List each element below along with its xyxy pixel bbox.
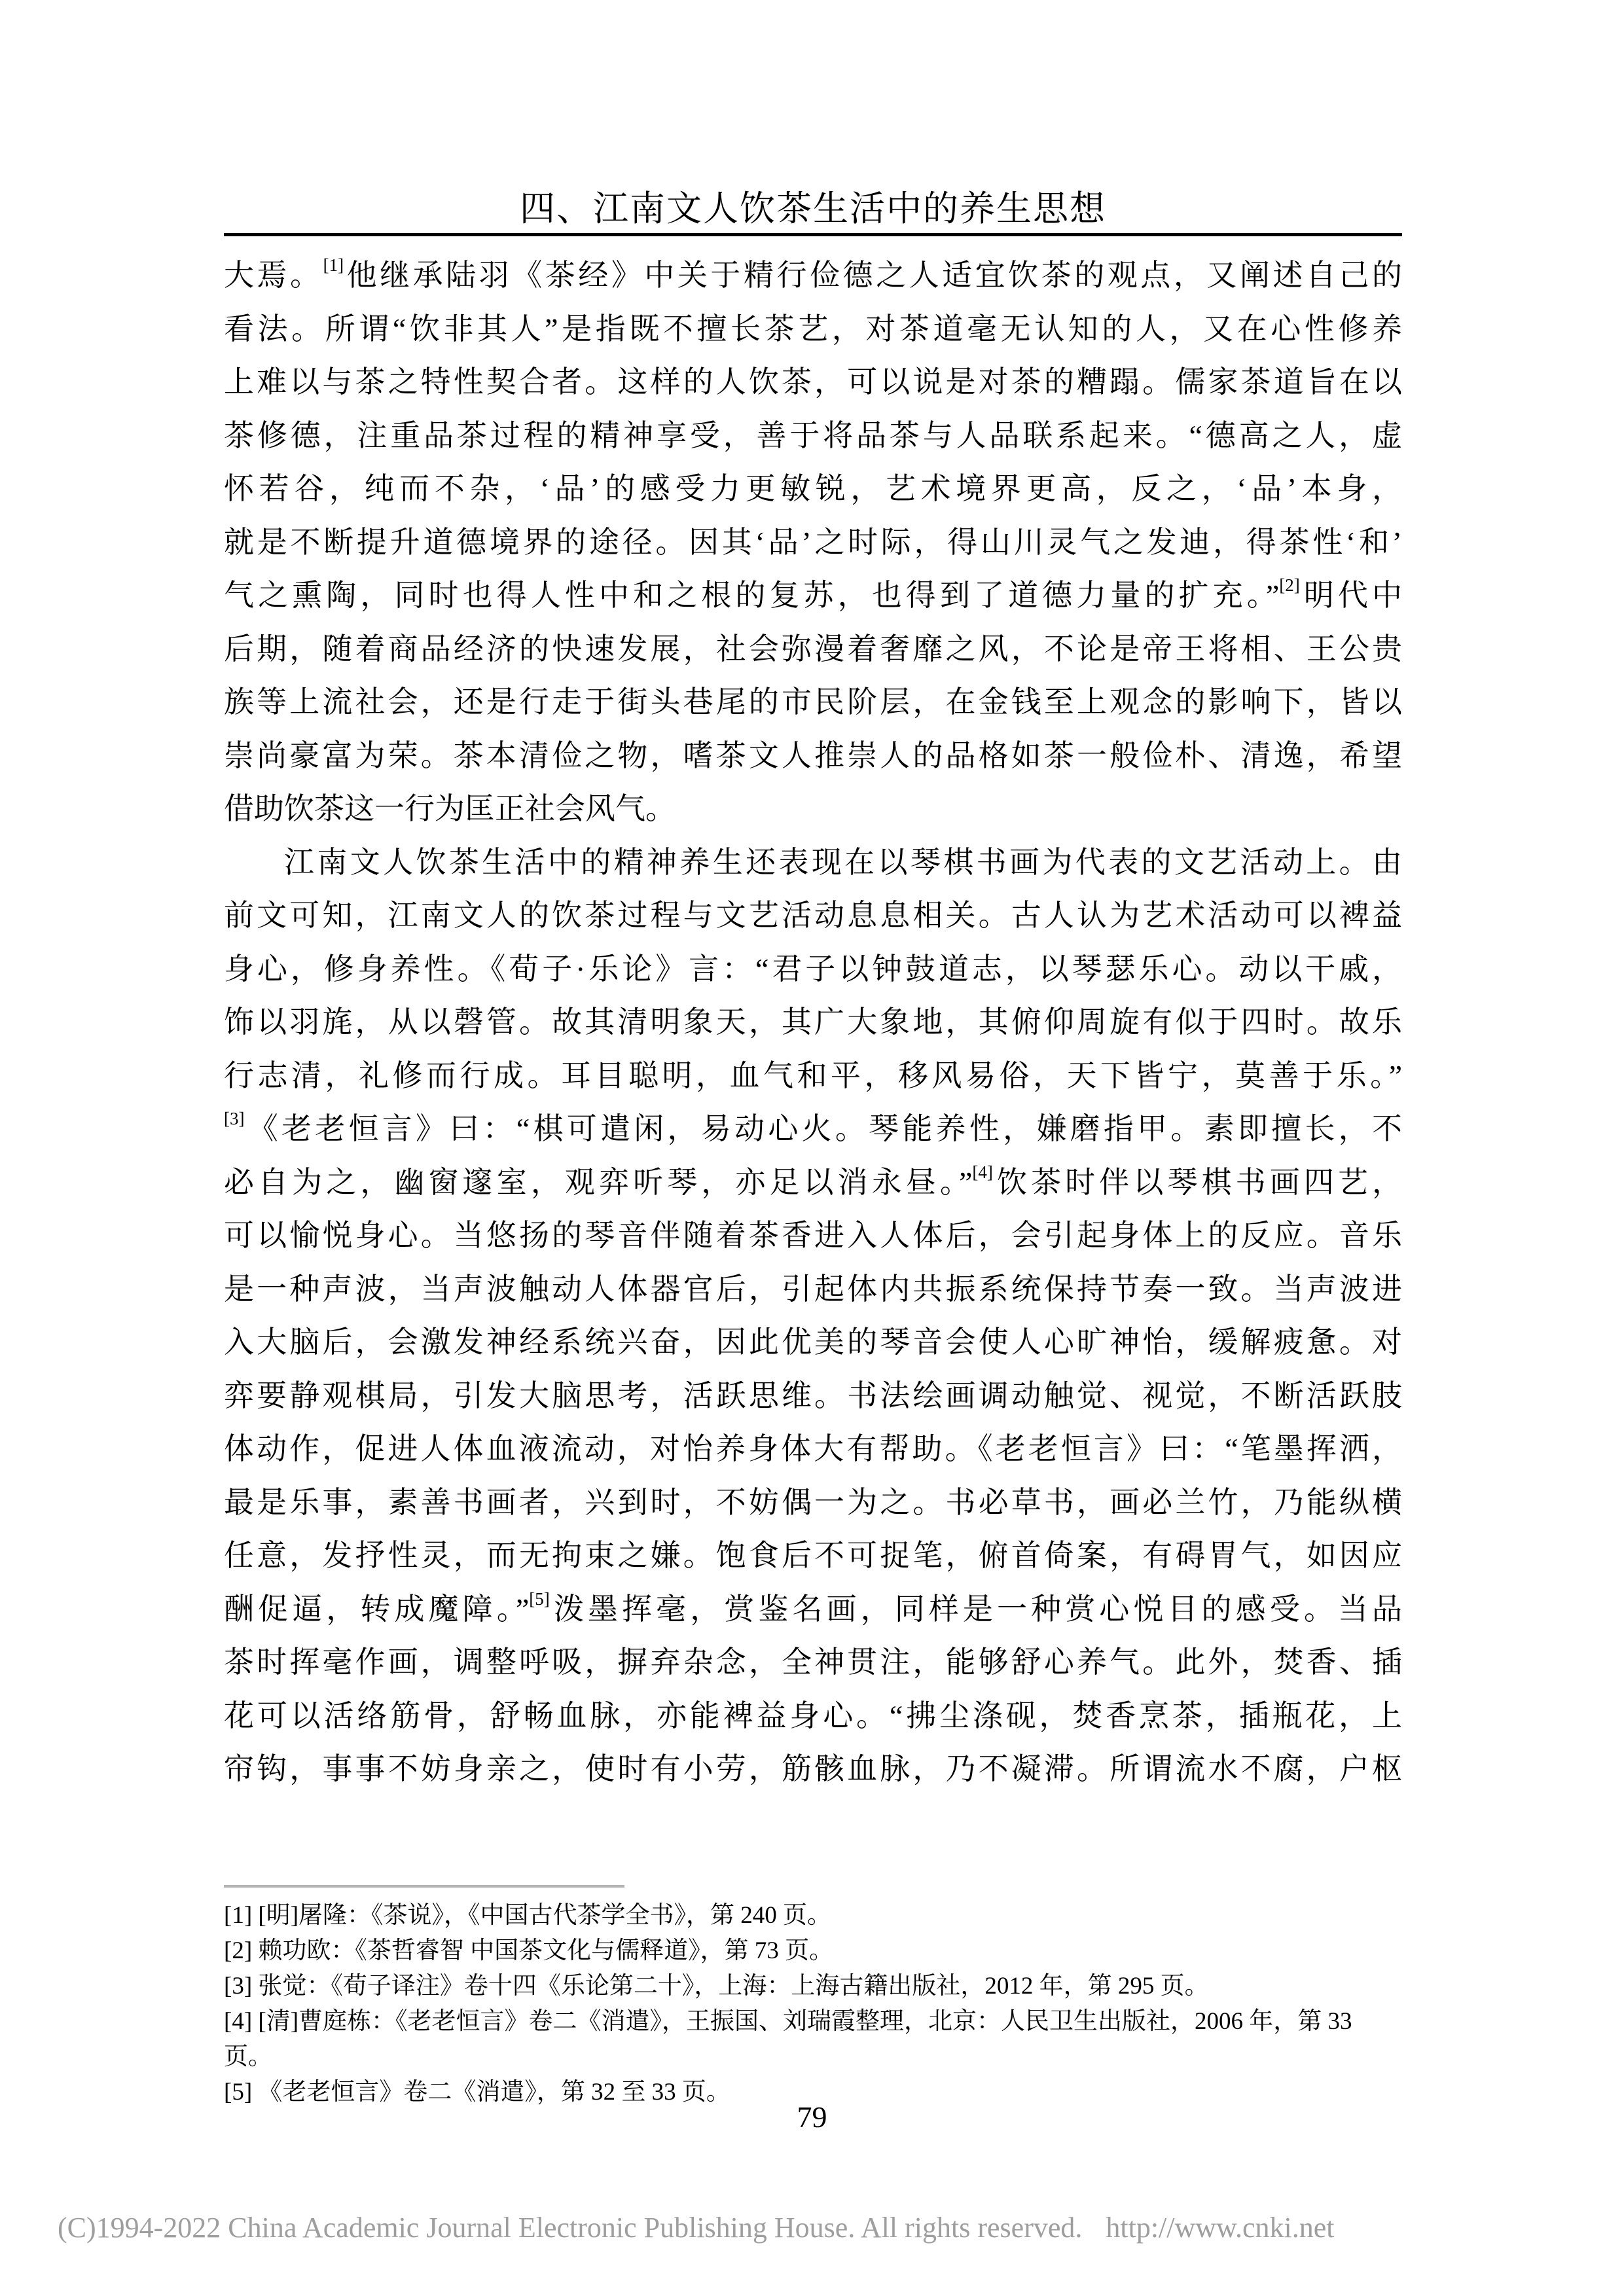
body-line: 就是不断提升道德境界的途径。因其‘品’之时际，得山川灵气之发迪，得茶性‘和’ xyxy=(224,516,1402,569)
text-run: 族等上流社会，还是行走于街头巷尾的市民阶层，在金钱至上观念的影响下，皆以 xyxy=(224,685,1402,719)
body-line: 体动作，促进人体血液流动，对怡养身体大有帮助。《老老恒言》曰：“笔墨挥洒， xyxy=(224,1422,1402,1476)
body-line: 任意，发抒性灵，而无拘束之嫌。饱食后不可捉笔，俯首倚案，有碍胃气，如因应 xyxy=(224,1529,1402,1583)
text-run: 必自为之，幽窗邃室，观弈听琴，亦足以消永昼。” xyxy=(224,1166,972,1199)
body-line: 饰以羽旄，从以磬管。故其清明象天，其广大象地，其俯仰周旋有似于四时。故乐 xyxy=(224,996,1402,1049)
text-run: 江南文人饮茶生活中的精神养生还表现在以琴棋书画为代表的文艺活动上。由 xyxy=(284,846,1402,879)
text-run: 弈要静观棋局，引发大脑思考，活跃思维。书法绘画调动触觉、视觉，不断活跃肢 xyxy=(224,1379,1402,1412)
body-line: 入大脑后，会激发神经系统兴奋，因此优美的琴音会使人心旷神怡，缓解疲惫。对 xyxy=(224,1316,1402,1369)
body-line: 族等上流社会，还是行走于街头巷尾的市民阶层，在金钱至上观念的影响下，皆以 xyxy=(224,675,1402,729)
footnote-ref: [4] xyxy=(972,1162,992,1182)
text-run: 明代中 xyxy=(1300,579,1402,612)
body-text: 大焉。[1]他继承陆羽《茶经》中关于精行俭德之人适宜饮茶的观点，又阐述自己的看法… xyxy=(224,249,1402,1796)
title-rule xyxy=(224,233,1402,236)
body-line: 行志清，礼修而行成。耳目聪明，血气和平，移风易俗，天下皆宁，莫善于乐。” xyxy=(224,1049,1402,1103)
footnote-ref: [5] xyxy=(529,1589,549,1609)
text-run: 崇尚豪富为荣。茶本清俭之物，嗜茶文人推崇人的品格如茶一般俭朴、清逸，希望 xyxy=(224,739,1402,772)
text-run: 身心，修身养性。《荀子·乐论》言：“君子以钟鼓道志，以琴瑟乐心。动以干戚， xyxy=(224,952,1402,986)
text-run: 是一种声波，当声波触动人体器官后，引起体内共振系统保持节奏一致。当声波进 xyxy=(224,1272,1402,1306)
body-line: 茶时挥毫作画，调整呼吸，摒弃杂念，全神贯注，能够舒心养气。此外，焚香、插 xyxy=(224,1636,1402,1689)
body-line: 花可以活络筋骨，舒畅血脉，亦能裨益身心。“拂尘涤砚，焚香烹茶，插瓶花，上 xyxy=(224,1689,1402,1743)
body-line: 茶修德，注重品茶过程的精神享受，善于将品茶与人品联系起来。“德高之人，虚 xyxy=(224,409,1402,463)
copyright-text: (C)1994-2022 China Academic Journal Elec… xyxy=(58,2212,1082,2244)
text-run: 泼墨挥毫，赏鉴名画，同样是一种赏心悦目的感受。当品 xyxy=(550,1592,1402,1626)
text-run: 借助饮茶这一行为匡正社会风气。 xyxy=(224,792,676,825)
page-number: 79 xyxy=(0,2100,1624,2134)
body-line: 弈要静观棋局，引发大脑思考，活跃思维。书法绘画调动触觉、视觉，不断活跃肢 xyxy=(224,1369,1402,1423)
body-line: 帘钩，事事不妨身亲之，使时有小劳，筋骸血脉，乃不凝滞。所谓流水不腐，户枢 xyxy=(224,1742,1402,1796)
body-line: 最是乐事，素善书画者，兴到时，不妨偶一为之。书必草书，画必兰竹，乃能纵横 xyxy=(224,1476,1402,1530)
body-line: 前文可知，江南文人的饮茶过程与文艺活动息息相关。古人认为艺术活动可以裨益 xyxy=(224,889,1402,942)
footnote-ref: [1] xyxy=(323,255,344,275)
footnote-line: [1] [明]屠隆：《茶说》，《中国古代茶学全书》，第 240 页。 xyxy=(224,1898,1402,1933)
footnote-line: [3] 张觉：《荀子译注》卷十四《乐论第二十》，上海：上海古籍出版社，2012 … xyxy=(224,1969,1402,2004)
body-line: 酬促逼，转成魔障。”[5]泼墨挥毫，赏鉴名画，同样是一种赏心悦目的感受。当品 xyxy=(224,1583,1402,1636)
text-run: 入大脑后，会激发神经系统兴奋，因此优美的琴音会使人心旷神怡，缓解疲惫。对 xyxy=(224,1325,1402,1359)
body-line: 借助饮茶这一行为匡正社会风气。 xyxy=(224,782,1402,836)
text-run: 他继承陆羽《茶经》中关于精行俭德之人适宜饮茶的观点，又阐述自己的 xyxy=(344,259,1402,292)
body-line: 身心，修身养性。《荀子·乐论》言：“君子以钟鼓道志，以琴瑟乐心。动以干戚， xyxy=(224,942,1402,996)
body-line: 崇尚豪富为荣。茶本清俭之物，嗜茶文人推崇人的品格如茶一般俭朴、清逸，希望 xyxy=(224,729,1402,783)
text-run: 饰以羽旄，从以磬管。故其清明象天，其广大象地，其俯仰周旋有似于四时。故乐 xyxy=(224,1005,1402,1039)
footnote-separator xyxy=(224,1885,624,1888)
text-run: 茶时挥毫作画，调整呼吸，摒弃杂念，全神贯注，能够舒心养气。此外，焚香、插 xyxy=(224,1645,1402,1679)
text-run: 就是不断提升道德境界的途径。因其‘品’之时际，得山川灵气之发迪，得茶性‘和’ xyxy=(224,526,1402,559)
text-run: 体动作，促进人体血液流动，对怡养身体大有帮助。《老老恒言》曰：“笔墨挥洒， xyxy=(224,1432,1402,1465)
footnote-line: 页。 xyxy=(224,2039,1402,2075)
text-run: 《老老恒言》曰：“棋可遣闲，易动心火。琴能养性，嫌磨指甲。素即擅长，不 xyxy=(244,1112,1402,1145)
body-line: [3]《老老恒言》曰：“棋可遣闲，易动心火。琴能养性，嫌磨指甲。素即擅长，不 xyxy=(224,1102,1402,1156)
text-run: 帘钩，事事不妨身亲之，使时有小劳，筋骸血脉，乃不凝滞。所谓流水不腐，户枢 xyxy=(224,1752,1402,1785)
text-run: 后期，随着商品经济的快速发展，社会弥漫着奢靡之风，不论是帝王将相、王公贵 xyxy=(224,632,1402,666)
footnote-ref: [3] xyxy=(224,1109,244,1128)
text-run: 茶修德，注重品茶过程的精神享受，善于将品茶与人品联系起来。“德高之人，虚 xyxy=(224,419,1402,452)
footnote-line: [2] 赖功欧：《茶哲睿智 中国茶文化与儒释道》，第 73 页。 xyxy=(224,1933,1402,1969)
text-run: 上难以与茶之特性契合者。这样的人饮茶，可以说是对茶的糟蹋。儒家茶道旨在以 xyxy=(224,365,1402,399)
text-run: 看法。所谓“饮非其人”是指既不擅长茶艺，对茶道毫无认知的人，又在心性修养 xyxy=(224,312,1402,346)
body-line: 可以愉悦身心。当悠扬的琴音伴随着茶香进入人体后，会引起身体上的反应。音乐 xyxy=(224,1209,1402,1263)
page-title: 四、江南文人饮茶生活中的养生思想 xyxy=(224,181,1402,231)
footnotes: [1] [明]屠隆：《茶说》，《中国古代茶学全书》，第 240 页。[2] 赖功… xyxy=(224,1898,1402,2110)
text-run: 酬促逼，转成魔障。” xyxy=(224,1592,529,1626)
body-line: 气之熏陶，同时也得人性中和之根的复苏，也得到了道德力量的扩充。”[2]明代中 xyxy=(224,569,1402,622)
text-run: 花可以活络筋骨，舒畅血脉，亦能裨益身心。“拂尘涤砚，焚香烹茶，插瓶花，上 xyxy=(224,1699,1402,1732)
body-line: 后期，随着商品经济的快速发展，社会弥漫着奢靡之风，不论是帝王将相、王公贵 xyxy=(224,622,1402,676)
body-line: 看法。所谓“饮非其人”是指既不擅长茶艺，对茶道毫无认知的人，又在心性修养 xyxy=(224,302,1402,356)
text-run: 行志清，礼修而行成。耳目聪明，血气和平，移风易俗，天下皆宁，莫善于乐。” xyxy=(224,1059,1402,1092)
text-run: 怀若谷，纯而不杂，‘品’的感受力更敏锐，艺术境界更高，反之，‘品’本身， xyxy=(224,472,1402,505)
body-line: 江南文人饮茶生活中的精神养生还表现在以琴棋书画为代表的文艺活动上。由 xyxy=(224,836,1402,889)
body-line: 大焉。[1]他继承陆羽《茶经》中关于精行俭德之人适宜饮茶的观点，又阐述自己的 xyxy=(224,249,1402,302)
copyright-footer: (C)1994-2022 China Academic Journal Elec… xyxy=(58,2211,1589,2244)
text-run: 可以愉悦身心。当悠扬的琴音伴随着茶香进入人体后，会引起身体上的反应。音乐 xyxy=(224,1219,1402,1252)
text-run: 前文可知，江南文人的饮茶过程与文艺活动息息相关。古人认为艺术活动可以裨益 xyxy=(224,899,1402,932)
footnote-line: [4] [清]曹庭栋：《老老恒言》卷二《消遣》，王振国、刘瑞霞整理，北京：人民卫… xyxy=(224,2004,1402,2039)
cnki-url: http://www.cnki.net xyxy=(1106,2212,1334,2244)
text-run: 最是乐事，素善书画者，兴到时，不妨偶一为之。书必草书，画必兰竹，乃能纵横 xyxy=(224,1486,1402,1519)
body-line: 必自为之，幽窗邃室，观弈听琴，亦足以消永昼。”[4]饮茶时伴以琴棋书画四艺， xyxy=(224,1156,1402,1210)
body-line: 上难以与茶之特性契合者。这样的人饮茶，可以说是对茶的糟蹋。儒家茶道旨在以 xyxy=(224,355,1402,409)
text-run: 大焉。 xyxy=(224,259,323,292)
text-run: 气之熏陶，同时也得人性中和之根的复苏，也得到了道德力量的扩充。” xyxy=(224,579,1279,612)
text-run: 任意，发抒性灵，而无拘束之嫌。饱食后不可捉笔，俯首倚案，有碍胃气，如因应 xyxy=(224,1539,1402,1572)
document-page: 四、江南文人饮茶生活中的养生思想 大焉。[1]他继承陆羽《茶经》中关于精行俭德之… xyxy=(0,0,1624,2296)
body-line: 是一种声波，当声波触动人体器官后，引起体内共振系统保持节奏一致。当声波进 xyxy=(224,1263,1402,1316)
text-run: 饮茶时伴以琴棋书画四艺， xyxy=(993,1166,1402,1199)
body-line: 怀若谷，纯而不杂，‘品’的感受力更敏锐，艺术境界更高，反之，‘品’本身， xyxy=(224,462,1402,516)
footnote-ref: [2] xyxy=(1279,575,1299,595)
